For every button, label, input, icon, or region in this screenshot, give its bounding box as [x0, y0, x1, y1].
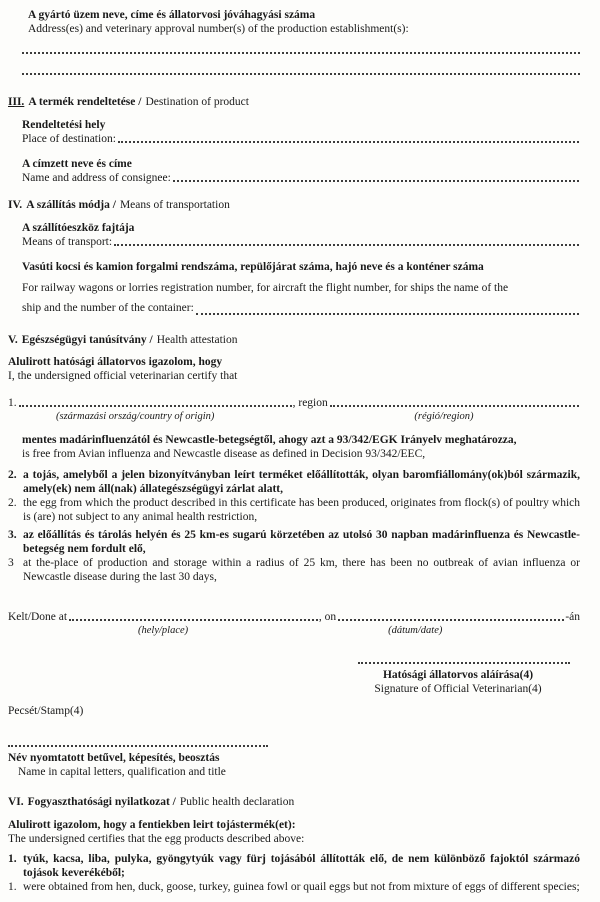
- section-v-title-hu: Egészségügyi tanúsítvány /: [22, 334, 153, 346]
- dotted-fill: [69, 619, 318, 621]
- vi-item1-text-en: were obtained from hen, duck, goose, tur…: [23, 880, 580, 894]
- section-v-number: V.: [8, 334, 18, 346]
- attestation-intro-hu: Alulirott hatósági állatorvos igazolom, …: [8, 355, 580, 369]
- section-vi-title-en: Public health declaration: [180, 796, 294, 808]
- dotted-fill: [114, 244, 579, 246]
- signature-dotted-line: [358, 662, 570, 664]
- item2-text-en: the egg from which the product described…: [23, 496, 580, 524]
- transport-label-hu: A szállítóeszköz fajtája: [22, 221, 580, 235]
- declaration-item-1-en: 1. were obtained from hen, duck, goose, …: [8, 880, 580, 894]
- region-caption: (régió/region): [414, 410, 473, 423]
- item1-text-en: is free from Avian influenza and Newcast…: [22, 447, 580, 461]
- vi-item1-number-hu: 1.: [8, 852, 23, 866]
- date-caption: (dátum/date): [388, 624, 442, 637]
- section-vi-title-hu: Fogyaszthatósági nyilatkozat /: [28, 796, 176, 808]
- section-vi-heading: VI.Fogyaszthatósági nyilatkozat /Public …: [8, 795, 580, 809]
- item3-text-hu: az előállítás és tárolás helyén és 25 km…: [23, 528, 580, 556]
- region-label: , region: [293, 396, 328, 410]
- signature-label-hu: Hatósági állatorvos aláírása(4): [344, 668, 572, 682]
- vi-item1-text-hu: tyúk, kacsa, liba, pulyka, gyöngytyúk va…: [23, 852, 580, 880]
- stamp-label: Pecsét/Stamp(4): [8, 704, 344, 718]
- section-iv-number: IV.: [8, 199, 22, 211]
- consignee-label-hu: A címzett neve és címe: [22, 157, 580, 171]
- means-of-transport-label: Means of transport:: [22, 235, 112, 249]
- item2-number-en: 2.: [8, 496, 23, 510]
- registration-label-hu: Vasúti kocsi és kamion forgalmi rendszám…: [22, 260, 580, 274]
- section-iv-title-en: Means of transportation: [120, 199, 230, 211]
- done-at-label: Kelt/Done at: [8, 610, 67, 624]
- attestation-item-2-en: 2. the egg from which the product descri…: [8, 496, 580, 524]
- consignee-label-en: Name and address of consignee:: [22, 171, 171, 185]
- declaration-intro-hu: Alulirott igazolom, hogy a fentiekben le…: [8, 818, 580, 832]
- destination-label-hu: Rendeltetési hely: [22, 118, 580, 132]
- dotted-fill: [19, 405, 292, 407]
- section-iii-title-hu: A termék rendeltetése /: [28, 96, 141, 108]
- item3-number-en: 3: [8, 556, 23, 570]
- section-iii-title-en: Destination of product: [145, 96, 248, 108]
- registration-label-en-line1: For railway wagons or lorries registrati…: [22, 278, 580, 298]
- place-of-destination-label: Place of destination:: [22, 132, 116, 146]
- place-of-destination-line: Place of destination:: [22, 132, 580, 146]
- signature-block: Hatósági állatorvos aláírása(4) Signatur…: [344, 662, 572, 718]
- item1-number: 1.: [8, 396, 17, 410]
- item2-number-hu: 2.: [8, 468, 23, 482]
- printed-name-label-en: Name in capital letters, qualification a…: [18, 765, 580, 779]
- origin-region-line: 1. , region: [8, 396, 580, 410]
- date-suffix-label: -án: [565, 610, 580, 624]
- certificate-document-page: A gyártó üzem neve, címe és állatorvosi …: [0, 0, 600, 902]
- producer-label-hu: A gyártó üzem neve, címe és állatorvosi …: [28, 8, 580, 22]
- origin-region-captions: (származási ország/country of origin) (r…: [8, 410, 580, 423]
- means-of-transport-line: Means of transport:: [22, 235, 580, 249]
- dotted-fill: [196, 313, 579, 315]
- section-iv-title-hu: A szállítás módja /: [26, 199, 116, 211]
- producer-block: A gyártó üzem neve, címe és állatorvosi …: [28, 8, 580, 36]
- declaration-item-1-hu: 1. tyúk, kacsa, liba, pulyka, gyöngytyúk…: [8, 852, 580, 880]
- item3-text-en: at the-place of production and storage w…: [23, 556, 580, 584]
- dotted-fill: [118, 141, 579, 143]
- section-iii-number: III.: [8, 96, 24, 108]
- stamp-signature-row: Pecsét/Stamp(4) Hatósági állatorvos aláí…: [8, 662, 580, 718]
- producer-label-en: Address(es) and veterinary approval numb…: [28, 22, 580, 36]
- section-iii-heading: III.A termék rendeltetése /Destination o…: [8, 95, 580, 109]
- signature-label-en: Signature of Official Veterinarian(4): [344, 682, 572, 696]
- item1-text-hu: mentes madárinfluenzától és Newcastle-be…: [22, 433, 580, 447]
- on-label: , on: [319, 610, 336, 624]
- registration-line: ship and the number of the container:: [22, 298, 580, 318]
- dotted-fill: [173, 180, 579, 182]
- section-vi-number: VI.: [8, 796, 24, 808]
- attestation-item-3-hu: 3. az előállítás és tárolás helyén és 25…: [8, 528, 580, 556]
- printed-name-dotted-line: [8, 745, 268, 747]
- place-caption: (hely/place): [138, 624, 188, 637]
- section-iv-heading: IV.A szállítás módja /Means of transport…: [8, 198, 580, 212]
- attestation-intro-en: I, the undersigned official veterinarian…: [8, 369, 580, 383]
- attestation-item-2-hu: 2. a tojás, amelyből a jelen bizonyítván…: [8, 468, 580, 496]
- consignee-line: Name and address of consignee:: [22, 171, 580, 185]
- done-at-line: Kelt/Done at , on -án: [8, 610, 580, 624]
- dotted-fill: [338, 619, 564, 621]
- dotted-fill-line: [22, 52, 580, 54]
- attestation-item-3-en: 3 at the-place of production and storage…: [8, 556, 580, 584]
- section-v-title-en: Health attestation: [157, 334, 238, 346]
- item3-number-hu: 3.: [8, 528, 23, 542]
- item2-text-hu: a tojás, amelyből a jelen bizonyítványba…: [23, 468, 580, 496]
- vi-item1-number-en: 1.: [8, 880, 23, 894]
- printed-name-label-hu: Név nyomtatott betűvel, képesítés, beosz…: [8, 751, 580, 765]
- dotted-fill-line: [22, 73, 580, 75]
- done-at-captions: (hely/place) (dátum/date): [8, 624, 580, 637]
- dotted-fill: [330, 405, 579, 407]
- registration-label-en-line2: ship and the number of the container:: [22, 298, 194, 318]
- declaration-intro-en: The undersigned certifies that the egg p…: [8, 832, 580, 846]
- section-v-heading: V.Egészségügyi tanúsítvány /Health attes…: [8, 333, 580, 347]
- origin-caption: (származási ország/country of origin): [56, 410, 214, 423]
